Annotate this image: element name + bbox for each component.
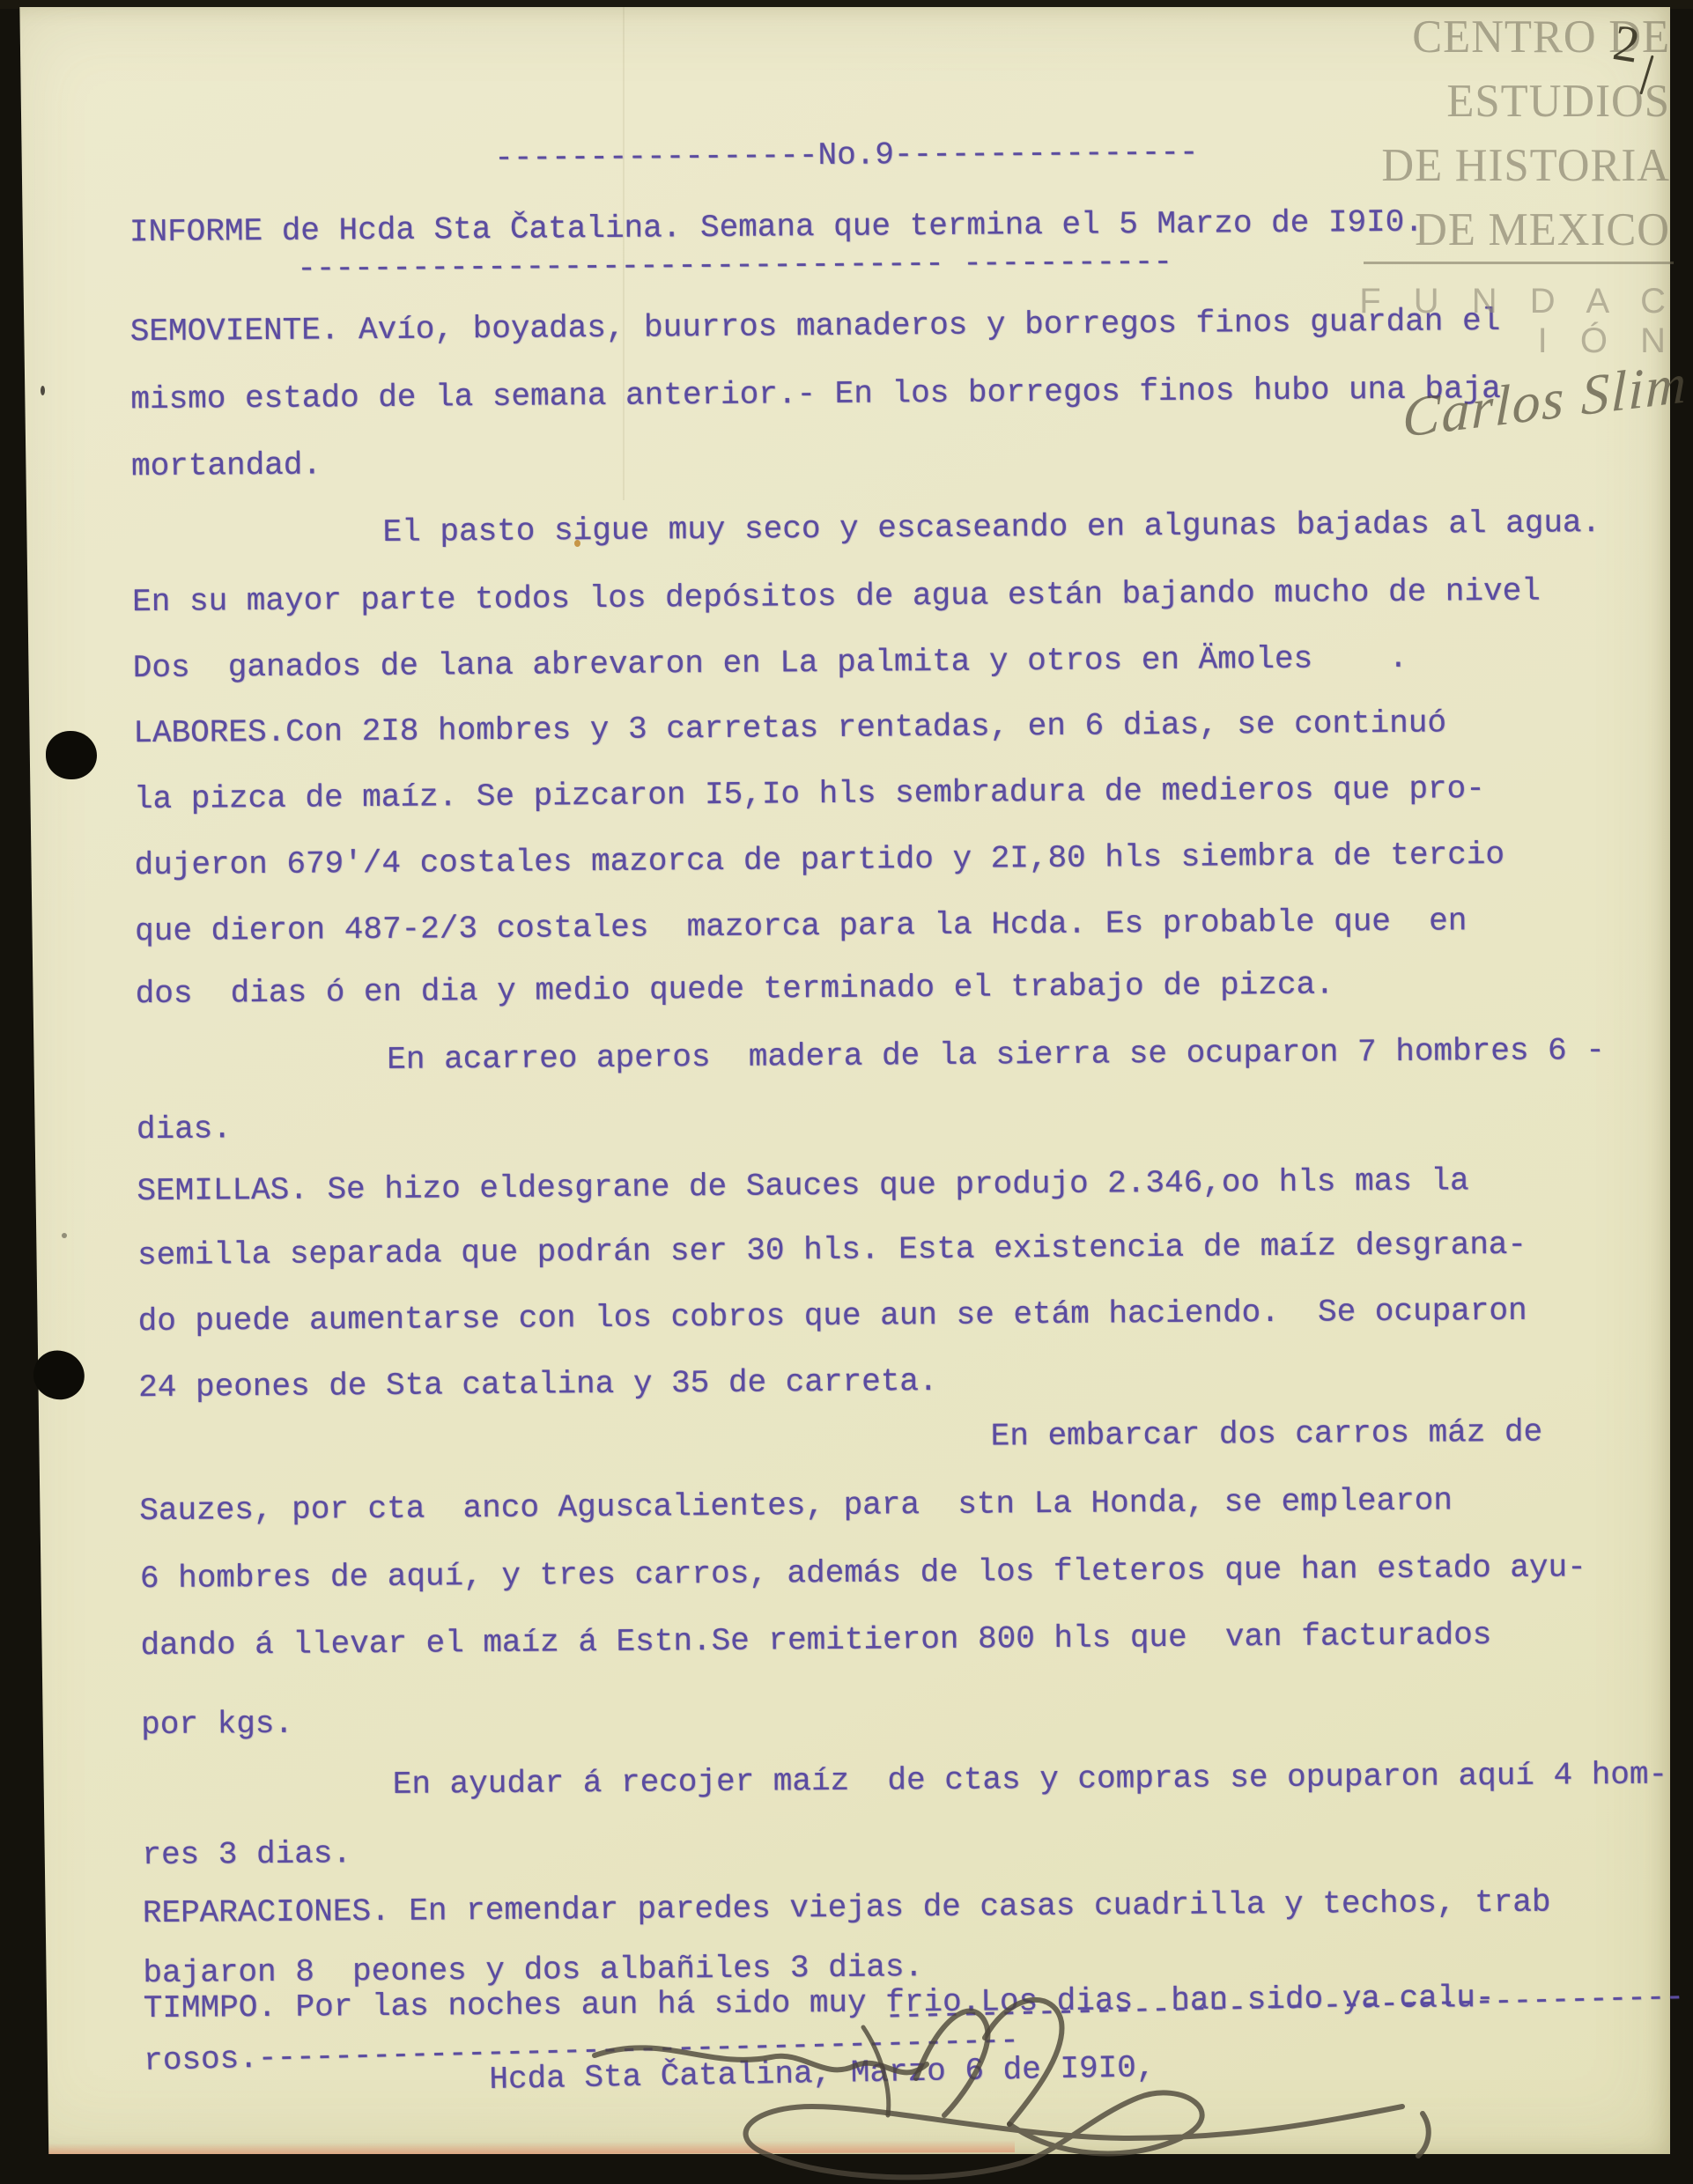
- typed-line: En embarcar dos carros máz de: [991, 1415, 1543, 1455]
- typed-line-number: -----------------No.9----------------: [494, 136, 1199, 176]
- typed-line: LABORES.Con 2I8 hombres y 3 carretas ren…: [133, 705, 1446, 750]
- typed-line: En su mayor parte todos los depósitos de…: [132, 574, 1541, 620]
- typed-line: res 3 dias.: [142, 1836, 351, 1872]
- typed-line: dos dias ó en dia y medio quede terminad…: [136, 967, 1334, 1011]
- watermark-divider-line: [1364, 262, 1674, 264]
- typed-line: En acarreo aperos madera de la sierra se…: [387, 1033, 1605, 1077]
- watermark-line: ESTUDIOS: [1335, 70, 1670, 134]
- typed-line: Sauzes, por cta anco Aguscalientes, para…: [139, 1483, 1453, 1528]
- scanned-archive-document: { "annotations": { "page_number": "2" },…: [0, 0, 1693, 2184]
- typed-line: mismo estado de la semana anterior.- En …: [130, 372, 1501, 417]
- handwritten-signature-scrawl: [564, 1974, 1568, 2184]
- watermark-line: DE HISTORIA: [1335, 134, 1670, 198]
- typed-line: 6 hombres de aquí, y tres carros, además…: [140, 1550, 1586, 1596]
- typed-line: Dos ganados de lana abrevaron en La palm…: [133, 641, 1408, 686]
- typed-line: REPARACIONES. En remendar paredes viejas…: [143, 1885, 1551, 1931]
- watermark-foundation-label: F U N D A C I Ó N: [1325, 282, 1677, 361]
- typed-line-underline: ---------------------------------- -----…: [297, 245, 1172, 286]
- typed-line: SEMOVIENTE. Avío, boyadas, buurros manad…: [130, 304, 1501, 350]
- typed-line: SEMILLAS. Se hizo eldesgrane de Sauces q…: [137, 1163, 1469, 1208]
- typed-line: En ayudar á recojer maíz de ctas y compr…: [393, 1758, 1668, 1803]
- typed-line-title: INFORME de Hcda Sta Čatalina. Semana que…: [129, 205, 1423, 250]
- typed-line: que dieron 487-2/3 costales mazorca para…: [135, 904, 1468, 948]
- watermark-line: DE MEXICO: [1335, 198, 1670, 262]
- typed-line: por kgs.: [141, 1707, 293, 1743]
- typed-line: dias.: [137, 1111, 232, 1147]
- typed-line: El pasto sigue muy seco y escaseando en …: [382, 505, 1601, 550]
- typed-line: semilla separada que podrán ser 30 hls. …: [137, 1228, 1527, 1273]
- typed-line: dando á llevar el maíz á Estn.Se remitie…: [140, 1618, 1491, 1664]
- typed-line: la pizca de maíz. Se pizcaron I5,Io hls …: [134, 771, 1485, 817]
- typed-line: mortandad.: [131, 447, 322, 483]
- typed-line: 24 peones de Sta catalina y 35 de carret…: [138, 1364, 938, 1406]
- typed-line: do puede aumentarse con los cobros que a…: [137, 1294, 1527, 1339]
- typed-line: dujeron 679'/4 costales mazorca de parti…: [134, 837, 1504, 883]
